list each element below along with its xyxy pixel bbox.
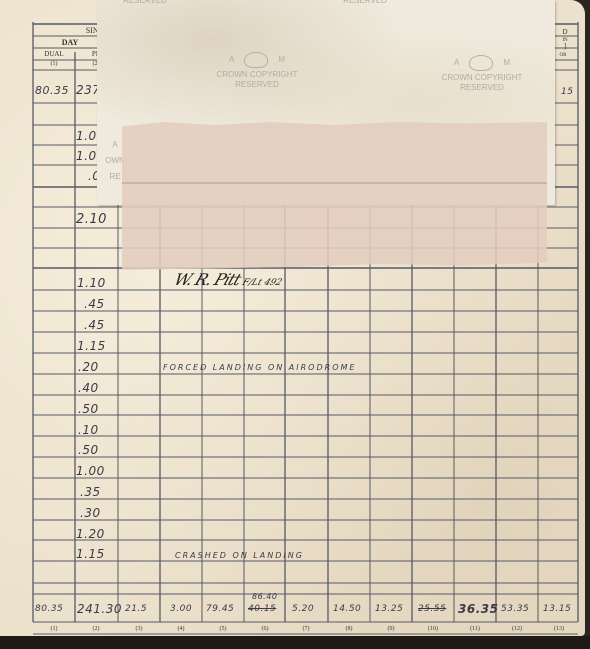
entry-pilot: .30: [80, 506, 101, 520]
entry-pilot: 1.15: [76, 547, 105, 561]
entry-pilot: 1.15: [77, 339, 106, 353]
stamp-copyright: CROWN COPYRIGHT: [422, 73, 542, 83]
column-number: (2): [75, 626, 117, 632]
entry-pilot: .40: [78, 381, 99, 395]
stamp-m: M: [278, 55, 285, 64]
total-col3: 21.5: [125, 604, 147, 614]
entry-pilot: .35: [80, 485, 101, 499]
column-number: (12): [496, 626, 538, 632]
card-top-reserved-1: RESERVED: [115, 0, 175, 6]
signature: W. R. Pitt F/Lt 492: [172, 270, 287, 289]
entry-pilot: .50: [78, 443, 99, 457]
stamp-a: A: [229, 55, 234, 64]
stamp-reserved: RESERVED: [197, 80, 317, 90]
total-col2: 241.30: [77, 602, 122, 616]
entry-pilot: .10: [78, 423, 99, 437]
upper-entry-2: 1.0: [76, 149, 97, 163]
column-number: (3): [118, 626, 160, 632]
stamp-reserved: RESERVED: [422, 83, 542, 93]
total-col5: 79.45: [206, 604, 234, 614]
entry-pilot: 1.00: [76, 464, 105, 478]
card-top-reserved-2: RESERVED: [335, 0, 395, 6]
total-col8: 14.50: [333, 604, 361, 614]
upper-entry-4: 2.10: [76, 212, 107, 227]
column-number: (1): [33, 626, 75, 632]
entry-pilot: 1.10: [77, 276, 106, 290]
total-col1: 80.35: [35, 604, 63, 614]
crown-stamp-1: AM CROWN COPYRIGHT RESERVED: [197, 52, 317, 90]
stamp-copyright: CROWN COPYRIGHT: [197, 70, 317, 80]
upper-entry-1: 1.0: [76, 129, 97, 143]
total-col12: 53.35: [501, 604, 529, 614]
header-dual-num: (1): [33, 61, 75, 67]
column-number: (13): [538, 626, 580, 632]
entry-pilot: .20: [78, 360, 99, 374]
column-number: (9): [370, 626, 412, 632]
stamp-a: A: [454, 58, 459, 67]
column-number: (4): [160, 626, 202, 632]
total-col6-struck: 40.15: [248, 604, 276, 614]
stamp-m: M: [503, 58, 510, 67]
column-number: (5): [202, 626, 244, 632]
entry-remark: FORCED LANDING ON AIRODROME: [163, 363, 356, 372]
header-right-3: ]: [558, 42, 572, 50]
crown-icon: [469, 55, 493, 71]
entry-remark: CRASHED ON LANDING: [175, 551, 304, 560]
column-number: (6): [244, 626, 286, 632]
entry-pilot: .45: [84, 297, 105, 311]
header-right-sub: or: [556, 50, 570, 58]
entry-pilot: 1.20: [76, 527, 105, 541]
tape-fold-line: [122, 182, 547, 184]
crown-stamp-2: AM CROWN COPYRIGHT RESERVED: [422, 55, 542, 93]
paper-tape-strip: [122, 122, 547, 270]
total-col13: 13.15: [543, 604, 571, 614]
total-col10-struck: 25.55: [418, 604, 446, 614]
total-col9: 13.25: [375, 604, 403, 614]
column-number: (8): [328, 626, 370, 632]
total-col6-correction: 86.40: [252, 592, 277, 601]
column-number: (10): [412, 626, 454, 632]
header-dual: DUAL: [33, 50, 75, 58]
column-number: (7): [285, 626, 327, 632]
total-col4: 3.00: [170, 604, 192, 614]
crown-icon: [244, 52, 268, 68]
bf-dual: 80.35: [35, 84, 69, 97]
entry-pilot: .45: [84, 318, 105, 332]
total-col7: 5.20: [292, 604, 314, 614]
header-day: DAY: [40, 38, 100, 47]
entry-pilot: .50: [78, 402, 99, 416]
column-number: (11): [454, 626, 496, 632]
signature-rank: F/Lt 492: [241, 278, 284, 288]
total-col11: 36.35: [458, 602, 498, 616]
signature-name: W. R. Pitt: [172, 270, 244, 289]
bf-last: 15: [561, 87, 573, 97]
